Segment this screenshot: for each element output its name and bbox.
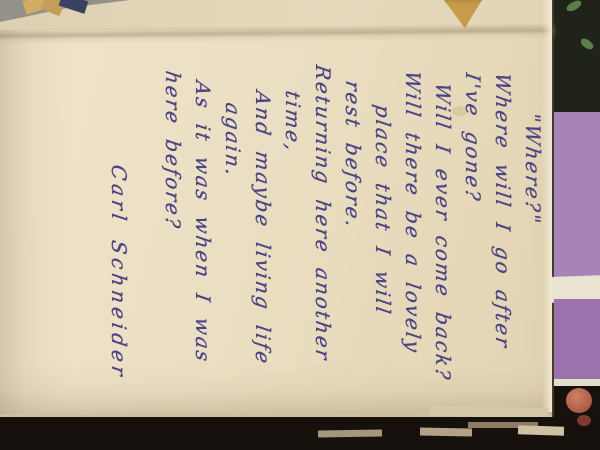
fingertip bbox=[566, 388, 592, 413]
torn-paper-fleck bbox=[420, 428, 472, 437]
poem-line: rest before. bbox=[338, 53, 368, 427]
poem-line: Will there be a lovely bbox=[398, 53, 428, 427]
torn-paper-fleck bbox=[318, 429, 382, 437]
poem-line: place that I will bbox=[368, 53, 398, 427]
poem-line: here before? bbox=[158, 53, 188, 427]
purple-paper-lower bbox=[554, 299, 600, 382]
torn-paper-fleck bbox=[518, 425, 564, 436]
fingertip-shadow bbox=[577, 415, 591, 426]
poem-line: time, bbox=[278, 53, 308, 427]
signature: Carl Schneider bbox=[104, 53, 134, 427]
photo-of-handwritten-journal-page: "Where?" Where will I go after I've gone… bbox=[0, 0, 600, 450]
poem-line: As it was when I was bbox=[188, 53, 218, 427]
poem-line: again. bbox=[218, 53, 248, 427]
handwritten-poem: "Where?" Where will I go after I've gone… bbox=[88, 55, 548, 425]
poem-title: "Where?" bbox=[518, 53, 548, 427]
poem-line: And maybe living life bbox=[248, 53, 278, 427]
poem-line: Returning here another bbox=[308, 53, 338, 427]
dark-floral-fabric bbox=[554, 0, 600, 116]
poem-line: I've gone? bbox=[458, 53, 488, 427]
poem-line: Where will I go after bbox=[488, 53, 518, 427]
poem-line: Will I ever come back? bbox=[428, 53, 458, 427]
purple-paper-upper bbox=[554, 112, 600, 280]
